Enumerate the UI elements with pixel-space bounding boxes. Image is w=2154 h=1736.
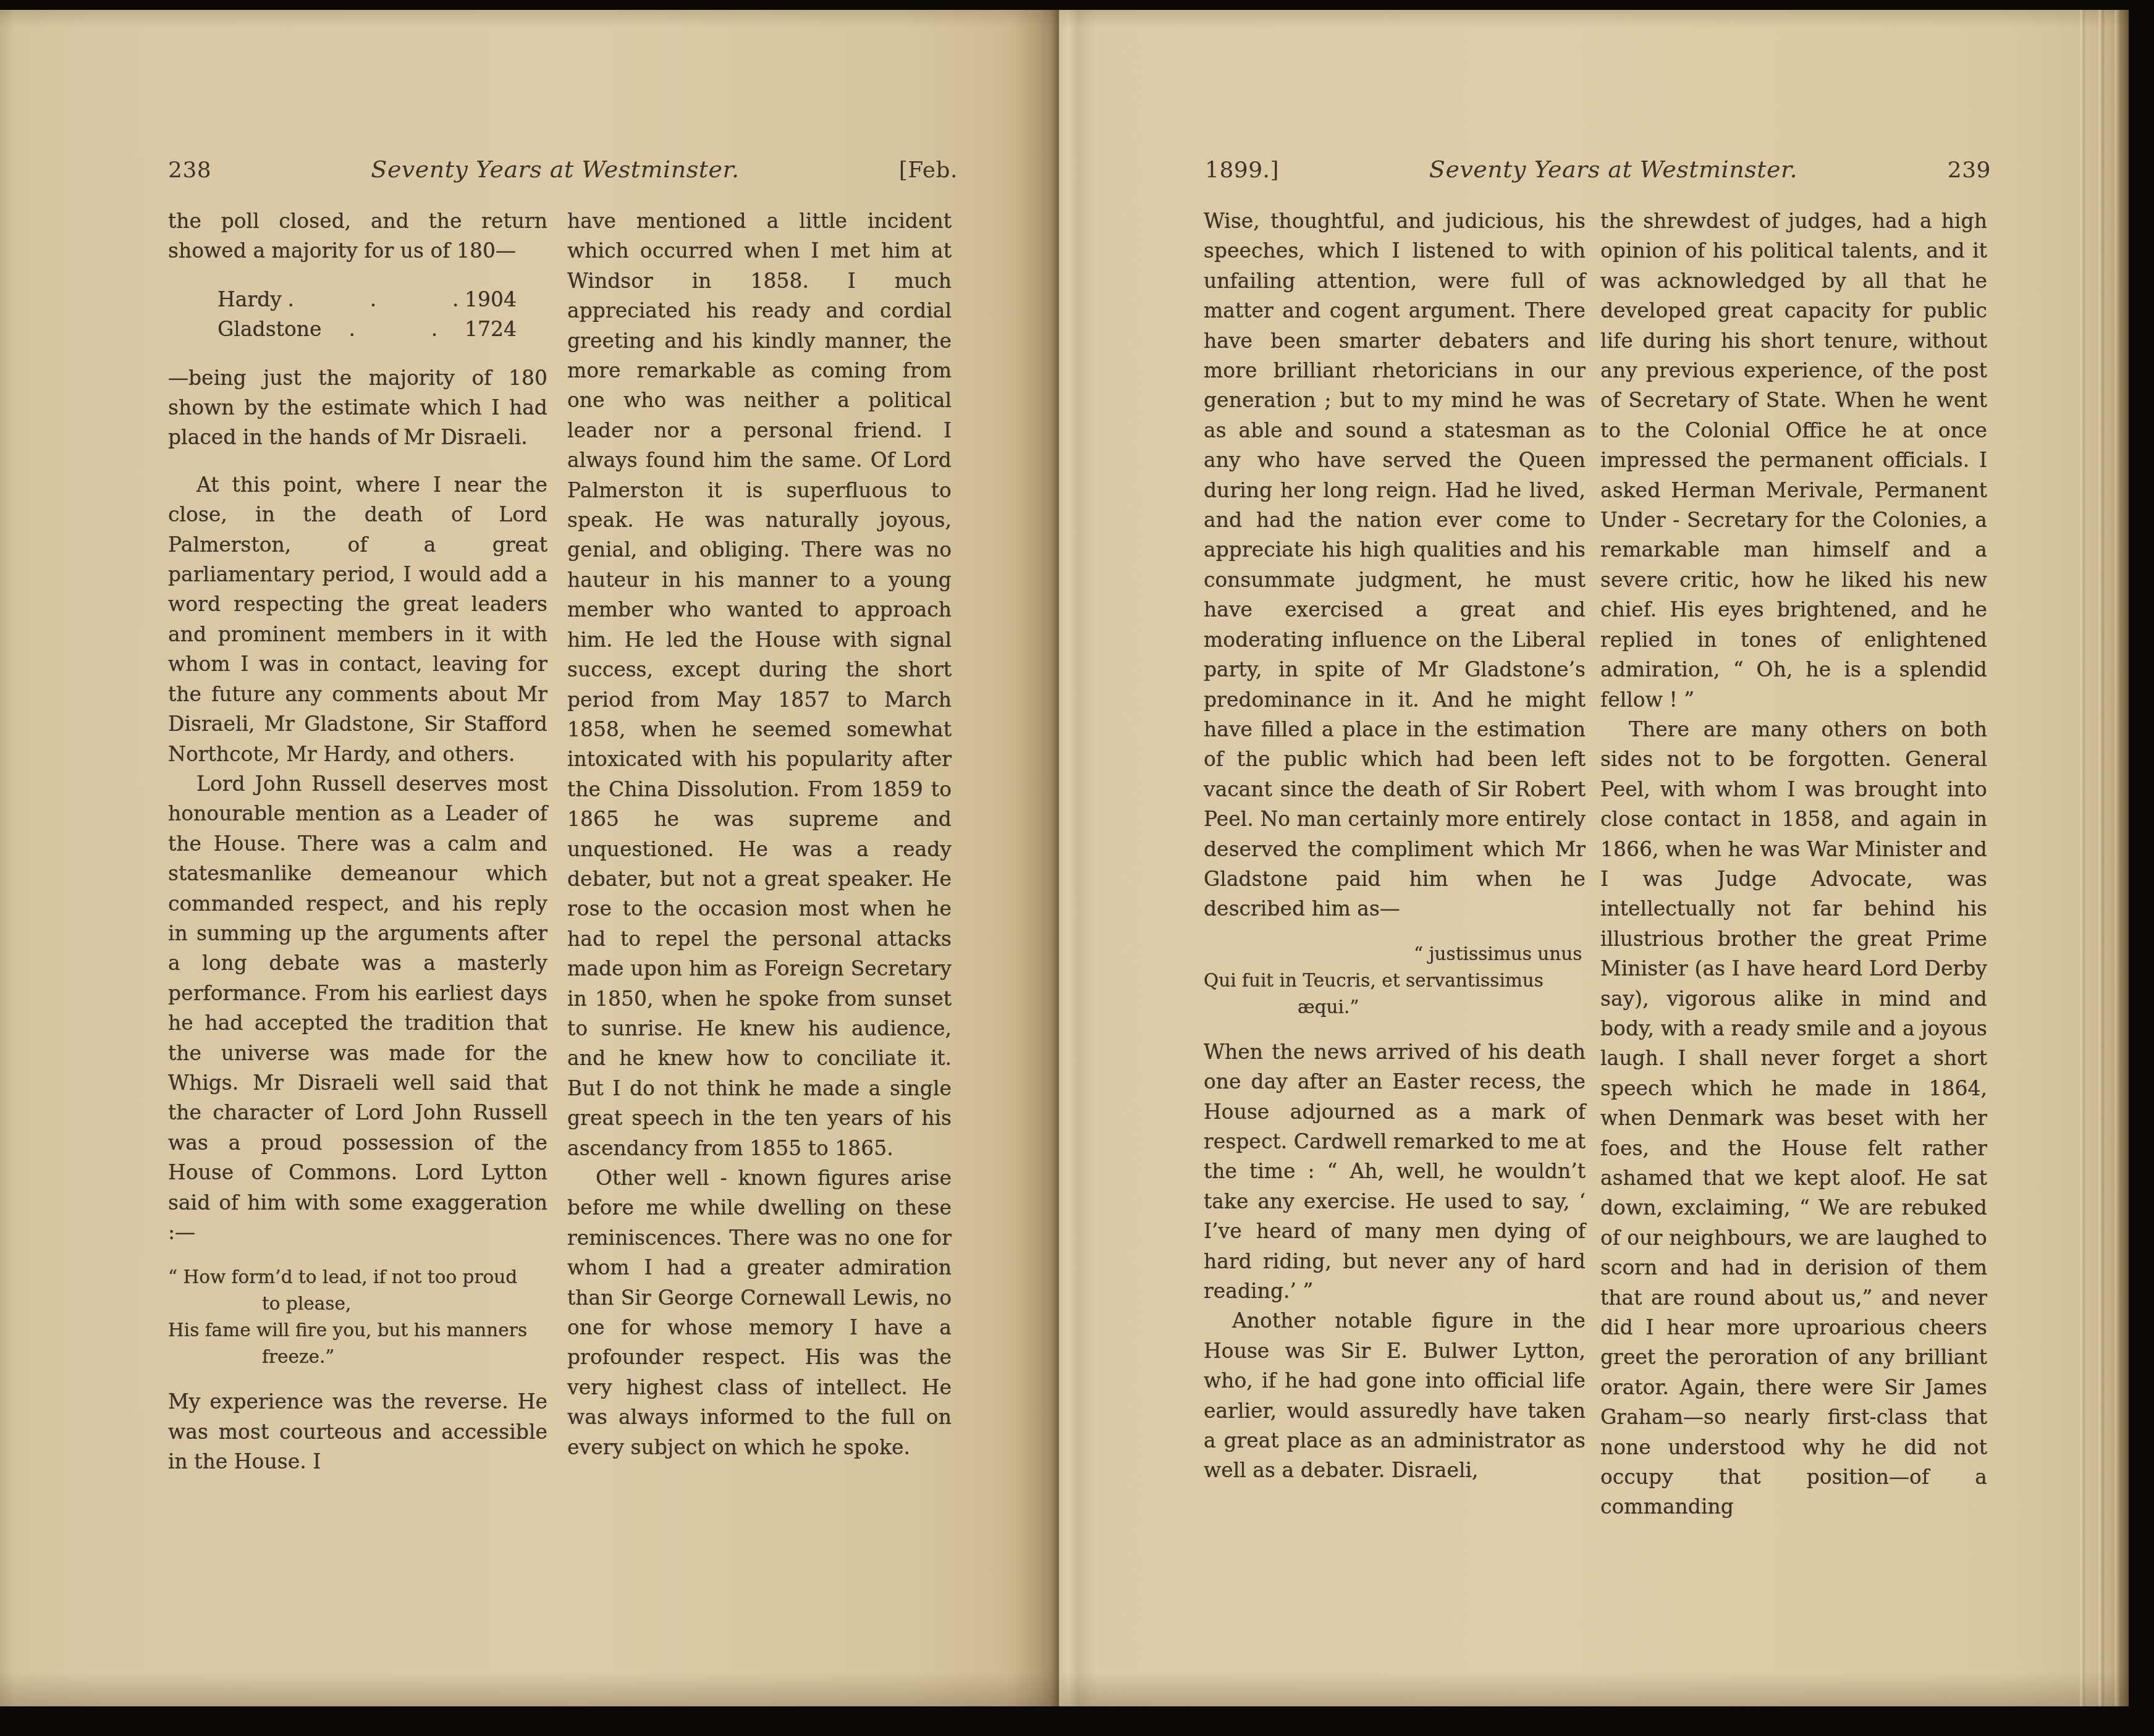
candidate-name: Hardy: [218, 285, 282, 314]
paragraph: When the news arrived of his death one d…: [1204, 1037, 1586, 1307]
verse-line: “ justissimus unus: [1204, 941, 1586, 967]
right-page-header: 1899.] Seventy Years at Westminster. 239: [1205, 156, 1991, 183]
paragraph: My experience was the reverse. He was mo…: [168, 1387, 547, 1477]
text-column: Wise, thoughtful, and judicious, his spe…: [1204, 206, 1586, 1486]
paragraph: Wise, thoughtful, and judicious, his spe…: [1204, 206, 1586, 924]
paragraph: Other well - known figures arise before …: [567, 1163, 952, 1462]
right-page: 1899.] Seventy Years at Westminster. 239…: [1058, 10, 2129, 1706]
verse-line: freeze.”: [168, 1344, 547, 1370]
verse-line: Qui fuit in Teucris, et servantissimus: [1204, 967, 1586, 994]
verse-line: to please,: [168, 1291, 547, 1317]
verse-line: æqui.”: [1204, 994, 1586, 1021]
vote-count: 1904: [465, 285, 517, 314]
paragraph: Another notable figure in the House was …: [1204, 1306, 1586, 1485]
paragraph: have mentioned a little incident which o…: [567, 206, 952, 1163]
gutter-shadow: [1015, 10, 1058, 1706]
running-title: Seventy Years at Westminster.: [371, 156, 739, 183]
gutter-shadow: [1059, 10, 1096, 1706]
left-page: 238 Seventy Years at Westminster. [Feb. …: [0, 10, 1058, 1706]
vote-row: Hardy . . . 1904: [218, 285, 517, 314]
running-title: Seventy Years at Westminster.: [1429, 156, 1797, 183]
verse-line: “ How form’d to lead, if not too proud: [168, 1264, 547, 1291]
paragraph: —being just the majority of 180 shown by…: [168, 363, 547, 453]
text-column: the shrewdest of judges, had a high opin…: [1600, 206, 1987, 1522]
issue-date: [Feb.: [899, 158, 958, 183]
verse-line: His fame will fire you, but his manners: [168, 1317, 547, 1344]
page-edge-stack: [2067, 10, 2129, 1706]
dot-leader: . .: [322, 314, 465, 344]
text-column: have mentioned a little incident which o…: [567, 206, 952, 1462]
page-number: 238: [168, 158, 211, 183]
page-number: 239: [1948, 158, 1991, 183]
issue-date: 1899.]: [1205, 158, 1279, 183]
paragraph: the poll closed, and the return showed a…: [168, 206, 547, 266]
candidate-name: Gladstone: [218, 314, 322, 344]
left-page-header: 238 Seventy Years at Westminster. [Feb.: [168, 156, 958, 183]
book-scan: 238 Seventy Years at Westminster. [Feb. …: [0, 0, 2154, 1736]
text-column: the poll closed, and the return showed a…: [168, 206, 547, 1477]
vote-table: Hardy . . . 1904 Gladstone . . 1724: [168, 285, 547, 345]
vote-count: 1724: [465, 314, 517, 344]
paragraph: There are many others on both sides not …: [1600, 715, 1987, 1522]
paragraph: the shrewdest of judges, had a high opin…: [1600, 206, 1987, 715]
vote-row: Gladstone . . 1724: [218, 314, 517, 344]
paragraph: Lord John Russell deserves most honourab…: [168, 769, 547, 1248]
paragraph: At this point, where I near the close, i…: [168, 470, 547, 769]
verse-quote: “ justissimus unus Qui fuit in Teucris, …: [1204, 941, 1586, 1021]
dot-leader: . . .: [282, 285, 465, 314]
verse-quote: “ How form’d to lead, if not too proud t…: [168, 1264, 547, 1370]
